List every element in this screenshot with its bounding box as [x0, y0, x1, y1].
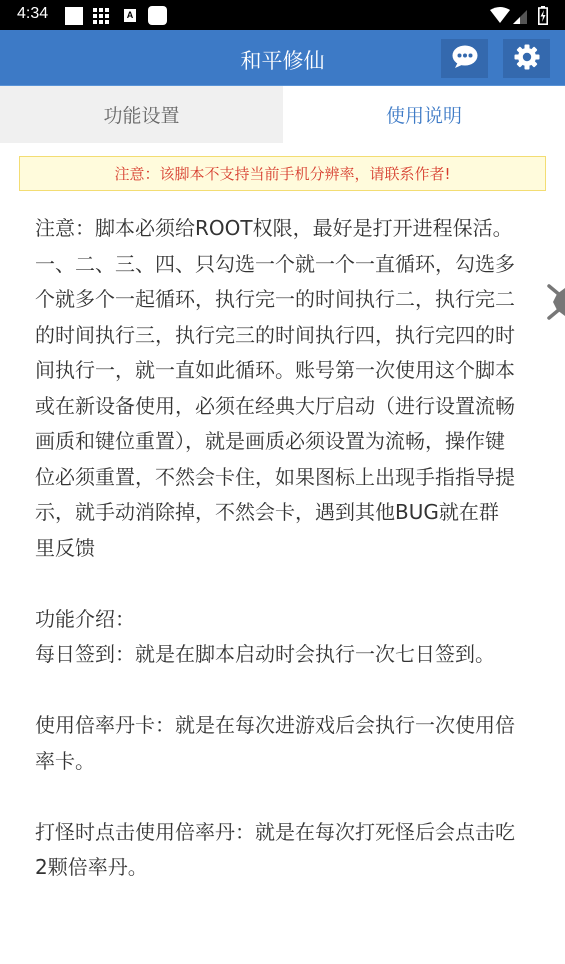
- a-badge-icon: A: [124, 9, 136, 22]
- tab-bar: 功能设置 使用说明: [0, 86, 565, 143]
- multiplier-pill-paragraph: 打怪时点击使用倍率丹：就是在每次打死怪后会点击吃2颗倍率丹。: [35, 815, 515, 886]
- floating-handle[interactable]: [547, 280, 565, 328]
- status-time: 4:34: [17, 5, 48, 23]
- tab-function-settings[interactable]: 功能设置: [0, 86, 283, 143]
- root-notice-paragraph: 注意：脚本必须给ROOT权限，最好是打开进程保活。一、二、三、四、只勾选一个就一…: [35, 211, 515, 566]
- battery-charging-icon: [538, 6, 548, 29]
- square-icon: [65, 7, 83, 25]
- status-bar: 4:34 A: [0, 0, 565, 30]
- chat-button[interactable]: [441, 39, 488, 78]
- multiplier-card-paragraph: 使用倍率丹卡：就是在每次进游戏后会执行一次使用倍率卡。: [35, 708, 515, 779]
- signal-icon: [513, 9, 527, 28]
- usage-guide-content: 注意：脚本必须给ROOT权限，最好是打开进程保活。一、二、三、四、只勾选一个就一…: [35, 211, 515, 886]
- rounded-square-icon: [148, 6, 167, 25]
- resolution-warning-banner: 注意：该脚本不支持当前手机分辨率，请联系作者!: [19, 156, 546, 191]
- chat-bubble-icon: [452, 45, 478, 73]
- floating-handle-icon: [547, 309, 565, 328]
- gear-icon: [514, 44, 540, 74]
- app-bar: 和平修仙: [0, 30, 565, 86]
- wifi-icon: [490, 7, 510, 27]
- tab-usage-guide[interactable]: 使用说明: [283, 86, 565, 143]
- feature-intro-paragraph: 功能介绍： 每日签到：就是在脚本启动时会执行一次七日签到。: [35, 602, 515, 673]
- settings-button[interactable]: [503, 39, 550, 78]
- grid-icon: [93, 8, 109, 24]
